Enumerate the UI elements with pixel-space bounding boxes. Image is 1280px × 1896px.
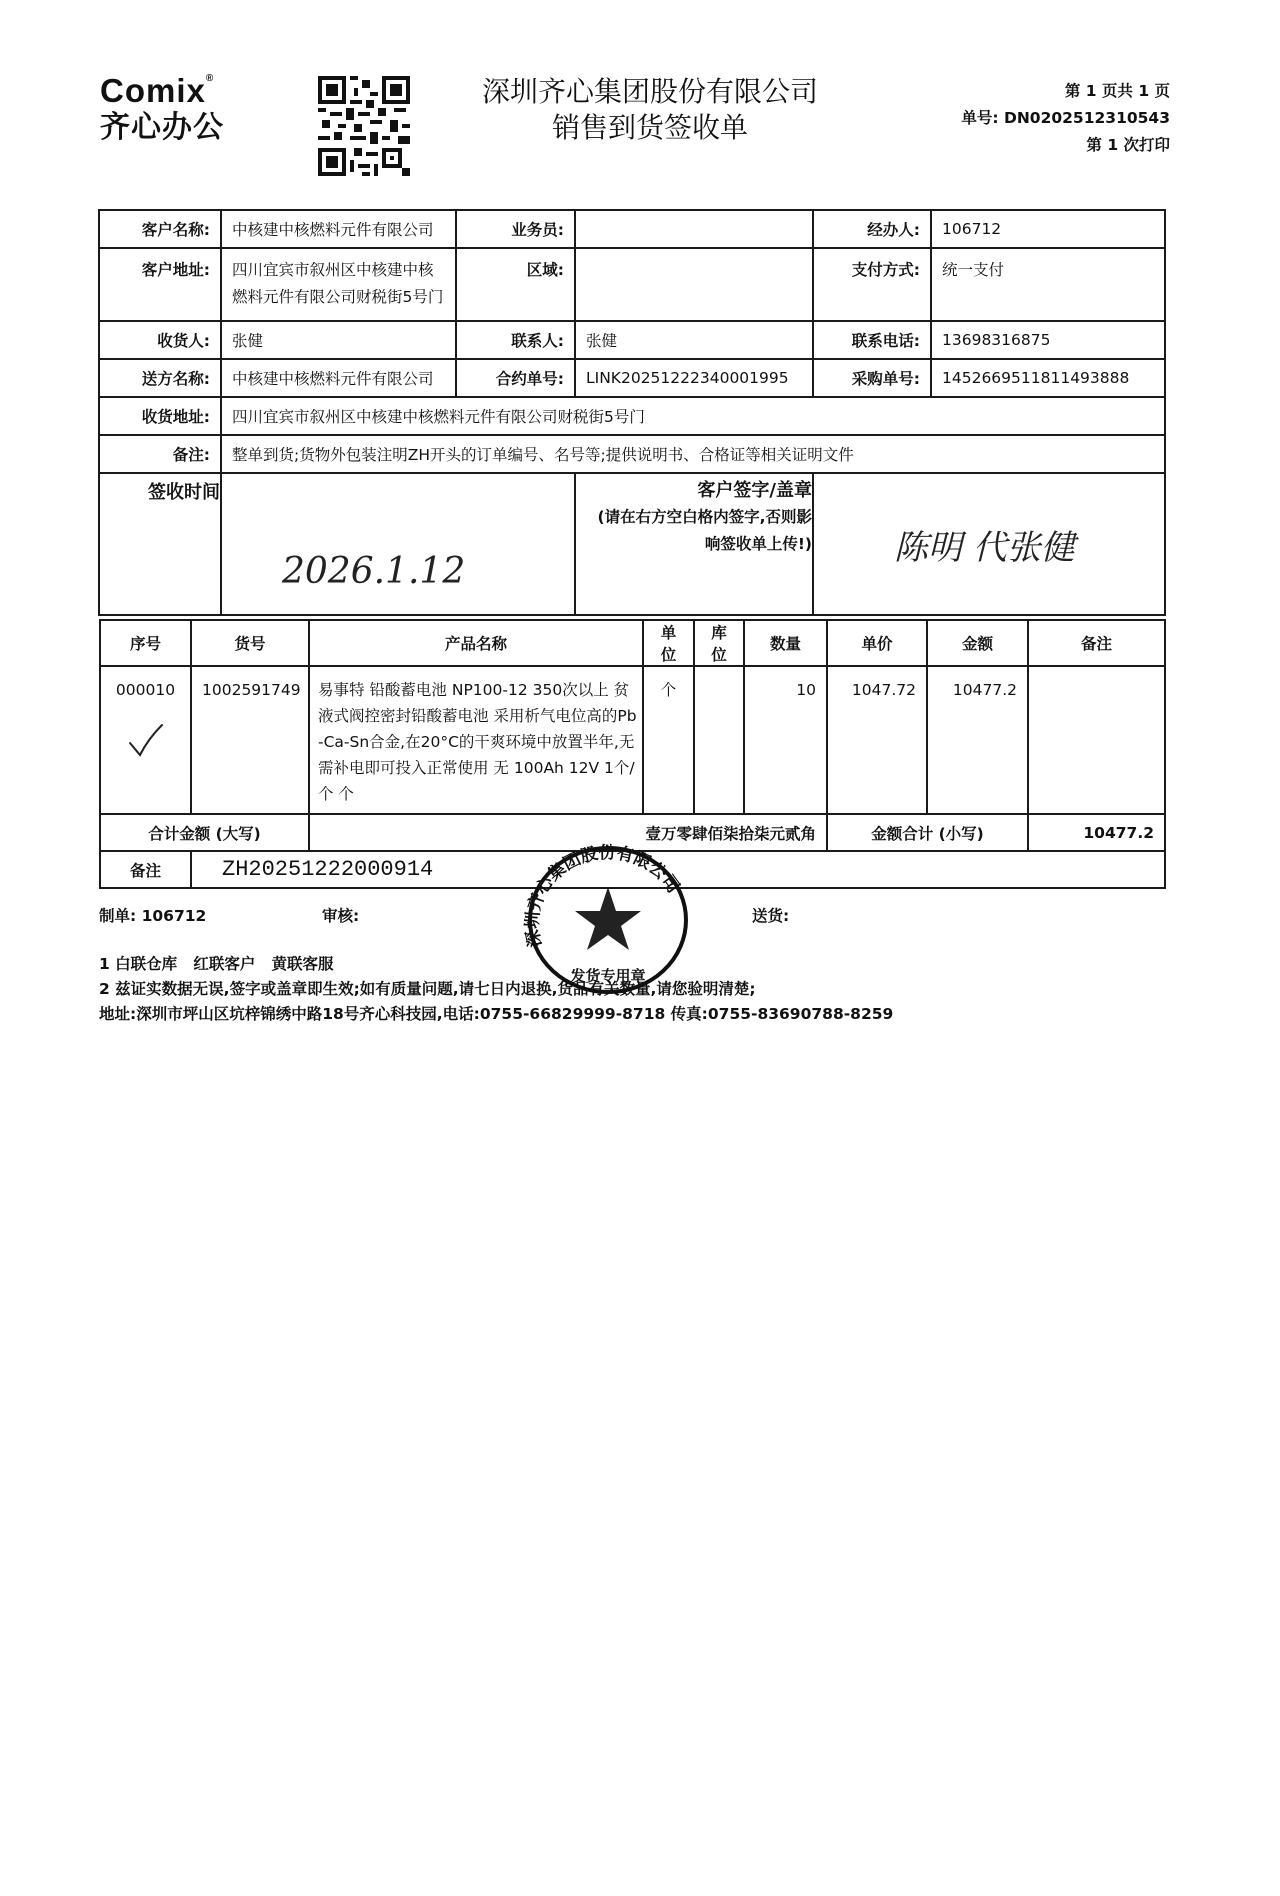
- doc-number: 单号: DN0202512310543: [961, 105, 1170, 132]
- sign-instruction: 客户签字/盖章 (请在右方空白格内签字,否则影响签收单上传!): [575, 473, 813, 615]
- footer-note-1: 1 白联仓库 红联客户 黄联客服: [99, 952, 334, 977]
- col-sku: 货号: [191, 620, 309, 666]
- info-row: 备注: 整单到货;货物外包装注明ZH开头的订单编号、名号等;提供说明书、合格证等…: [99, 435, 1165, 473]
- delivery-label: 送货:: [752, 904, 789, 929]
- col-product: 产品名称: [309, 620, 643, 666]
- table-row: 000010 1002591749 易事特 铅酸蓄电池 NP100-12 350…: [100, 666, 1165, 814]
- item-qty: 10: [744, 666, 827, 814]
- po-number: 1452669511811493888: [931, 359, 1165, 397]
- print-count: 第 1 次打印: [961, 132, 1170, 159]
- logo-chinese: 齐心办公: [100, 113, 224, 143]
- handler-label: 经办人:: [813, 210, 931, 248]
- doc-number-value: DN0202512310543: [1004, 109, 1170, 127]
- customer-info-table: 客户名称: 中核建中核燃料元件有限公司 业务员: 经办人: 106712 客户地…: [98, 209, 1166, 616]
- total-upper-label: 合计金额 (大写): [100, 814, 309, 851]
- items-header-row: 序号 货号 产品名称 单位 库位 数量 单价 金额 备注: [100, 620, 1165, 666]
- sign-note: (请在右方空白格内签字,否则影响签收单上传!): [586, 504, 812, 558]
- ship-to-label: 送方名称:: [99, 359, 221, 397]
- info-row: 收货地址: 四川宜宾市叙州区中核建中核燃料元件有限公司财税街5号门: [99, 397, 1165, 435]
- maker: 制单: 106712: [99, 904, 206, 929]
- payment-method: 统一支付: [931, 248, 1165, 321]
- remark-label: 备注:: [99, 435, 221, 473]
- payment-label: 支付方式:: [813, 248, 931, 321]
- form-title: 销售到货签收单: [470, 110, 830, 146]
- receiver-label: 收货人:: [99, 321, 221, 359]
- phone-label: 联系电话:: [813, 321, 931, 359]
- item-seq: 000010: [111, 677, 180, 703]
- sign-label: 客户签字/盖章: [586, 477, 812, 504]
- ship-to: 中核建中核燃料元件有限公司: [221, 359, 456, 397]
- page-info: 第 1 页共 1 页: [961, 78, 1170, 105]
- total-lower: 10477.2: [1028, 814, 1165, 851]
- region-label: 区域:: [456, 248, 575, 321]
- delivery-address-label: 收货地址:: [99, 397, 221, 435]
- order-remark-label: 备注: [100, 851, 191, 888]
- document-meta: 第 1 页共 1 页 单号: DN0202512310543 第 1 次打印: [961, 78, 1170, 159]
- company-seal-stamp: 深圳齐心集团股份有限公司 发货专用章: [523, 843, 693, 998]
- receiver: 张健: [221, 321, 456, 359]
- signature-row: 签收时间 2026.1.12 客户签字/盖章 (请在右方空白格内签字,否则影响签…: [99, 473, 1165, 615]
- contact: 张健: [575, 321, 813, 359]
- document-title: 深圳齐心集团股份有限公司 销售到货签收单: [470, 74, 830, 146]
- item-price: 1047.72: [827, 666, 927, 814]
- item-unit: 个: [643, 666, 694, 814]
- registered-mark: ®: [206, 73, 214, 84]
- info-row: 客户名称: 中核建中核燃料元件有限公司 业务员: 经办人: 106712: [99, 210, 1165, 248]
- col-price: 单价: [827, 620, 927, 666]
- item-seq-cell: 000010: [100, 666, 191, 814]
- qr-code-icon: [318, 76, 410, 176]
- item-location: [694, 666, 744, 814]
- order-remark-value: ZH20251222000914: [222, 857, 433, 882]
- info-row: 客户地址: 四川宜宾市叙州区中核建中核燃料元件有限公司财税街5号门 区域: 支付…: [99, 248, 1165, 321]
- contact-label: 联系人:: [456, 321, 575, 359]
- customer-name-label: 客户名称:: [99, 210, 221, 248]
- contract-label: 合约单号:: [456, 359, 575, 397]
- salesman-label: 业务员:: [456, 210, 575, 248]
- maker-value: 106712: [142, 907, 207, 925]
- col-amount: 金额: [927, 620, 1028, 666]
- sign-time-handwritten: 2026.1.12: [282, 551, 465, 592]
- comix-logo: Comix®: [100, 74, 214, 107]
- footer-address: 地址:深圳市坪山区坑梓锦绣中路18号齐心科技园,电话:0755-66829999…: [99, 1002, 893, 1027]
- checkmark-icon: [126, 721, 166, 761]
- col-unit: 单位: [643, 620, 694, 666]
- info-row: 送方名称: 中核建中核燃料元件有限公司 合约单号: LINK2025122234…: [99, 359, 1165, 397]
- customer-address-label: 客户地址:: [99, 248, 221, 321]
- logo-text: Comix: [100, 72, 206, 109]
- col-qty: 数量: [744, 620, 827, 666]
- contract-number: LINK20251222340001995: [575, 359, 813, 397]
- col-location: 库位: [694, 620, 744, 666]
- region: [575, 248, 813, 321]
- sign-time-field[interactable]: 2026.1.12: [221, 473, 575, 615]
- handler: 106712: [931, 210, 1165, 248]
- item-amount: 10477.2: [927, 666, 1028, 814]
- item-sku: 1002591749: [191, 666, 309, 814]
- company-name: 深圳齐心集团股份有限公司: [470, 74, 830, 110]
- signature-field[interactable]: 陈明 代张健: [813, 473, 1165, 615]
- delivery-address: 四川宜宾市叙州区中核建中核燃料元件有限公司财税街5号门: [221, 397, 1165, 435]
- review-label: 审核:: [322, 904, 359, 929]
- total-lower-label: 金额合计 (小写): [827, 814, 1028, 851]
- item-name: 易事特 铅酸蓄电池 NP100-12 350次以上 贫液式阀控密封铅酸蓄电池 采…: [309, 666, 643, 814]
- po-label: 采购单号:: [813, 359, 931, 397]
- remark: 整单到货;货物外包装注明ZH开头的订单编号、名号等;提供说明书、合格证等相关证明…: [221, 435, 1165, 473]
- phone: 13698316875: [931, 321, 1165, 359]
- col-seq: 序号: [100, 620, 191, 666]
- info-row: 收货人: 张健 联系人: 张健 联系电话: 13698316875: [99, 321, 1165, 359]
- signature-handwritten: 陈明 代张健: [894, 528, 1075, 568]
- sign-time-label: 签收时间: [99, 473, 221, 615]
- col-remark: 备注: [1028, 620, 1165, 666]
- item-remark: [1028, 666, 1165, 814]
- svg-text:发货专用章: 发货专用章: [569, 967, 645, 985]
- customer-address: 四川宜宾市叙州区中核建中核燃料元件有限公司财税街5号门: [221, 248, 456, 321]
- customer-name: 中核建中核燃料元件有限公司: [221, 210, 456, 248]
- salesman: [575, 210, 813, 248]
